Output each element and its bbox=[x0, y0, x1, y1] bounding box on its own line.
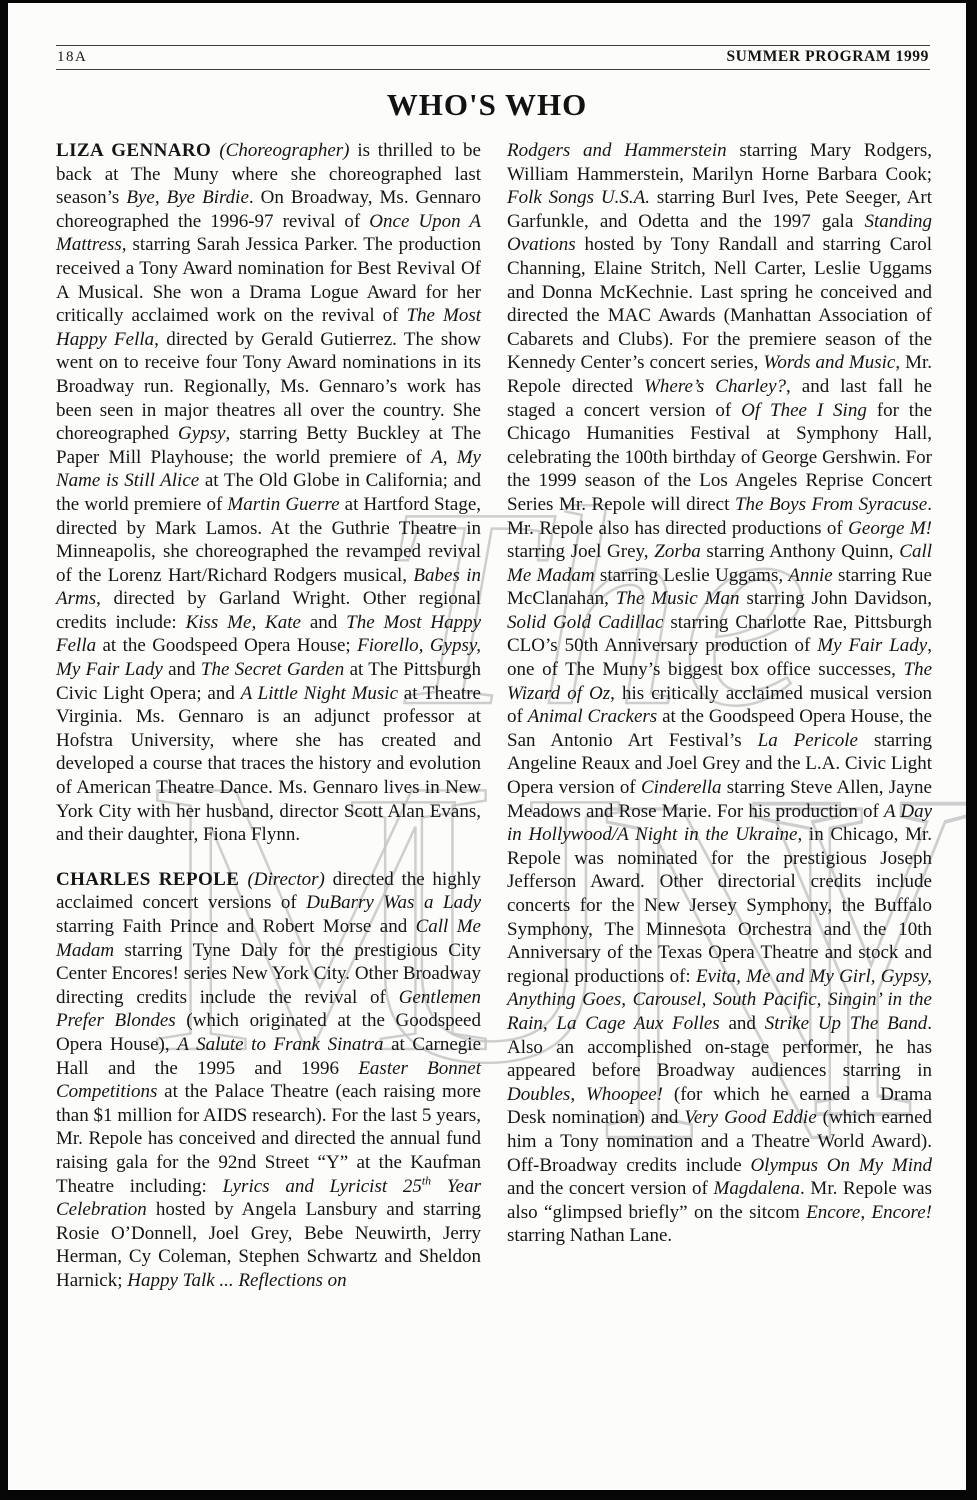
bio-paragraph: Rodgers and Hammerstein starring Mary Ro… bbox=[507, 139, 932, 1248]
person-name: CHARLES REPOLE bbox=[56, 869, 247, 890]
text-run: at Theatre Virginia. Ms. Gennaro is an a… bbox=[56, 683, 481, 846]
text-run: starring John Davidson, bbox=[740, 588, 932, 609]
page-title: WHO'S WHO bbox=[8, 87, 966, 123]
text-run: starring Joel Grey, bbox=[507, 541, 654, 562]
scanned-document: { "header": { "page_number": "18A", "pro… bbox=[0, 0, 977, 1500]
italic-text-run: Very Good Eddie bbox=[684, 1107, 816, 1128]
italic-text-run: La Pericole bbox=[758, 730, 858, 751]
bio-columns: LIZA GENNARO (Choreographer) is thrilled… bbox=[8, 139, 966, 1293]
text-run: and bbox=[301, 612, 346, 633]
italic-text-run: Gypsy bbox=[178, 423, 225, 444]
text-run: at the Goodspeed Opera House; bbox=[96, 635, 357, 656]
italic-text-run: th bbox=[422, 1174, 431, 1187]
italic-text-run: Solid Gold Cadillac bbox=[507, 612, 663, 633]
italic-text-run: Magdalena bbox=[714, 1178, 801, 1199]
italic-text-run: A Little Night Music bbox=[241, 683, 398, 704]
right-column: Rodgers and Hammerstein starring Mary Ro… bbox=[507, 139, 932, 1293]
text-run: starring Nathan Lane. bbox=[507, 1225, 672, 1246]
italic-text-run: George M! bbox=[848, 518, 932, 539]
program-page: The M U N Y 18A SUMMER PROGRAM 1999 WHO'… bbox=[8, 3, 966, 1490]
italic-text-run: Strike Up The Band bbox=[765, 1013, 928, 1034]
italic-text-run: (Choreographer) bbox=[219, 140, 349, 161]
italic-text-run: A Salute to Frank Sinatra bbox=[177, 1034, 383, 1055]
italic-text-run: Lyrics and Lyricist 25 bbox=[223, 1176, 422, 1197]
text-run: starring Anthony Quinn, bbox=[701, 541, 900, 562]
italic-text-run: The Secret Garden bbox=[201, 659, 344, 680]
italic-text-run: Olympus On My Mind bbox=[750, 1155, 932, 1176]
italic-text-run: Rodgers and Hammerstein bbox=[507, 140, 727, 161]
italic-text-run: Words and Music bbox=[763, 352, 895, 373]
italic-text-run: Folk Songs U.S.A. bbox=[507, 187, 650, 208]
text-run: , in Chicago, Mr. Repole was nominated f… bbox=[507, 824, 932, 987]
italic-text-run: Encore, Encore! bbox=[806, 1202, 932, 1223]
page-header: 18A SUMMER PROGRAM 1999 bbox=[56, 45, 930, 70]
text-run: and bbox=[163, 659, 201, 680]
italic-text-run: (Director) bbox=[247, 869, 324, 890]
text-run: starring Faith Prince and Robert Morse a… bbox=[56, 916, 416, 937]
person-name: LIZA GENNARO bbox=[56, 140, 219, 161]
bio-paragraph: CHARLES REPOLE (Director) directed the h… bbox=[56, 868, 481, 1293]
italic-text-run: The Boys From Syracuse bbox=[735, 494, 927, 515]
text-run: starring Leslie Uggams, bbox=[595, 565, 789, 586]
italic-text-run: The Music Man bbox=[616, 588, 740, 609]
italic-text-run: Animal Crackers bbox=[528, 706, 657, 727]
page-number: 18A bbox=[57, 49, 87, 66]
italic-text-run: Happy Talk ... Reflections on bbox=[127, 1270, 346, 1291]
italic-text-run: Annie bbox=[788, 565, 832, 586]
italic-text-run: Bye, Bye Birdie bbox=[126, 187, 249, 208]
italic-text-run: Of Thee I Sing bbox=[741, 400, 867, 421]
program-title: SUMMER PROGRAM 1999 bbox=[726, 48, 929, 66]
italic-text-run: Cinderella bbox=[641, 777, 722, 798]
italic-text-run: Martin Guerre bbox=[227, 494, 339, 515]
italic-text-run: Kiss Me, Kate bbox=[186, 612, 301, 633]
italic-text-run: Doubles, Whoopee! bbox=[507, 1084, 663, 1105]
text-run: and the concert version of bbox=[507, 1178, 714, 1199]
left-column: LIZA GENNARO (Choreographer) is thrilled… bbox=[56, 139, 481, 1293]
italic-text-run: Zorba bbox=[654, 541, 700, 562]
italic-text-run: My Fair Lady bbox=[817, 635, 927, 656]
text-run: and bbox=[720, 1013, 765, 1034]
italic-text-run: DuBarry Was a Lady bbox=[306, 892, 481, 913]
italic-text-run: Where’s Charley? bbox=[644, 376, 786, 397]
bio-paragraph: LIZA GENNARO (Choreographer) is thrilled… bbox=[56, 139, 481, 847]
